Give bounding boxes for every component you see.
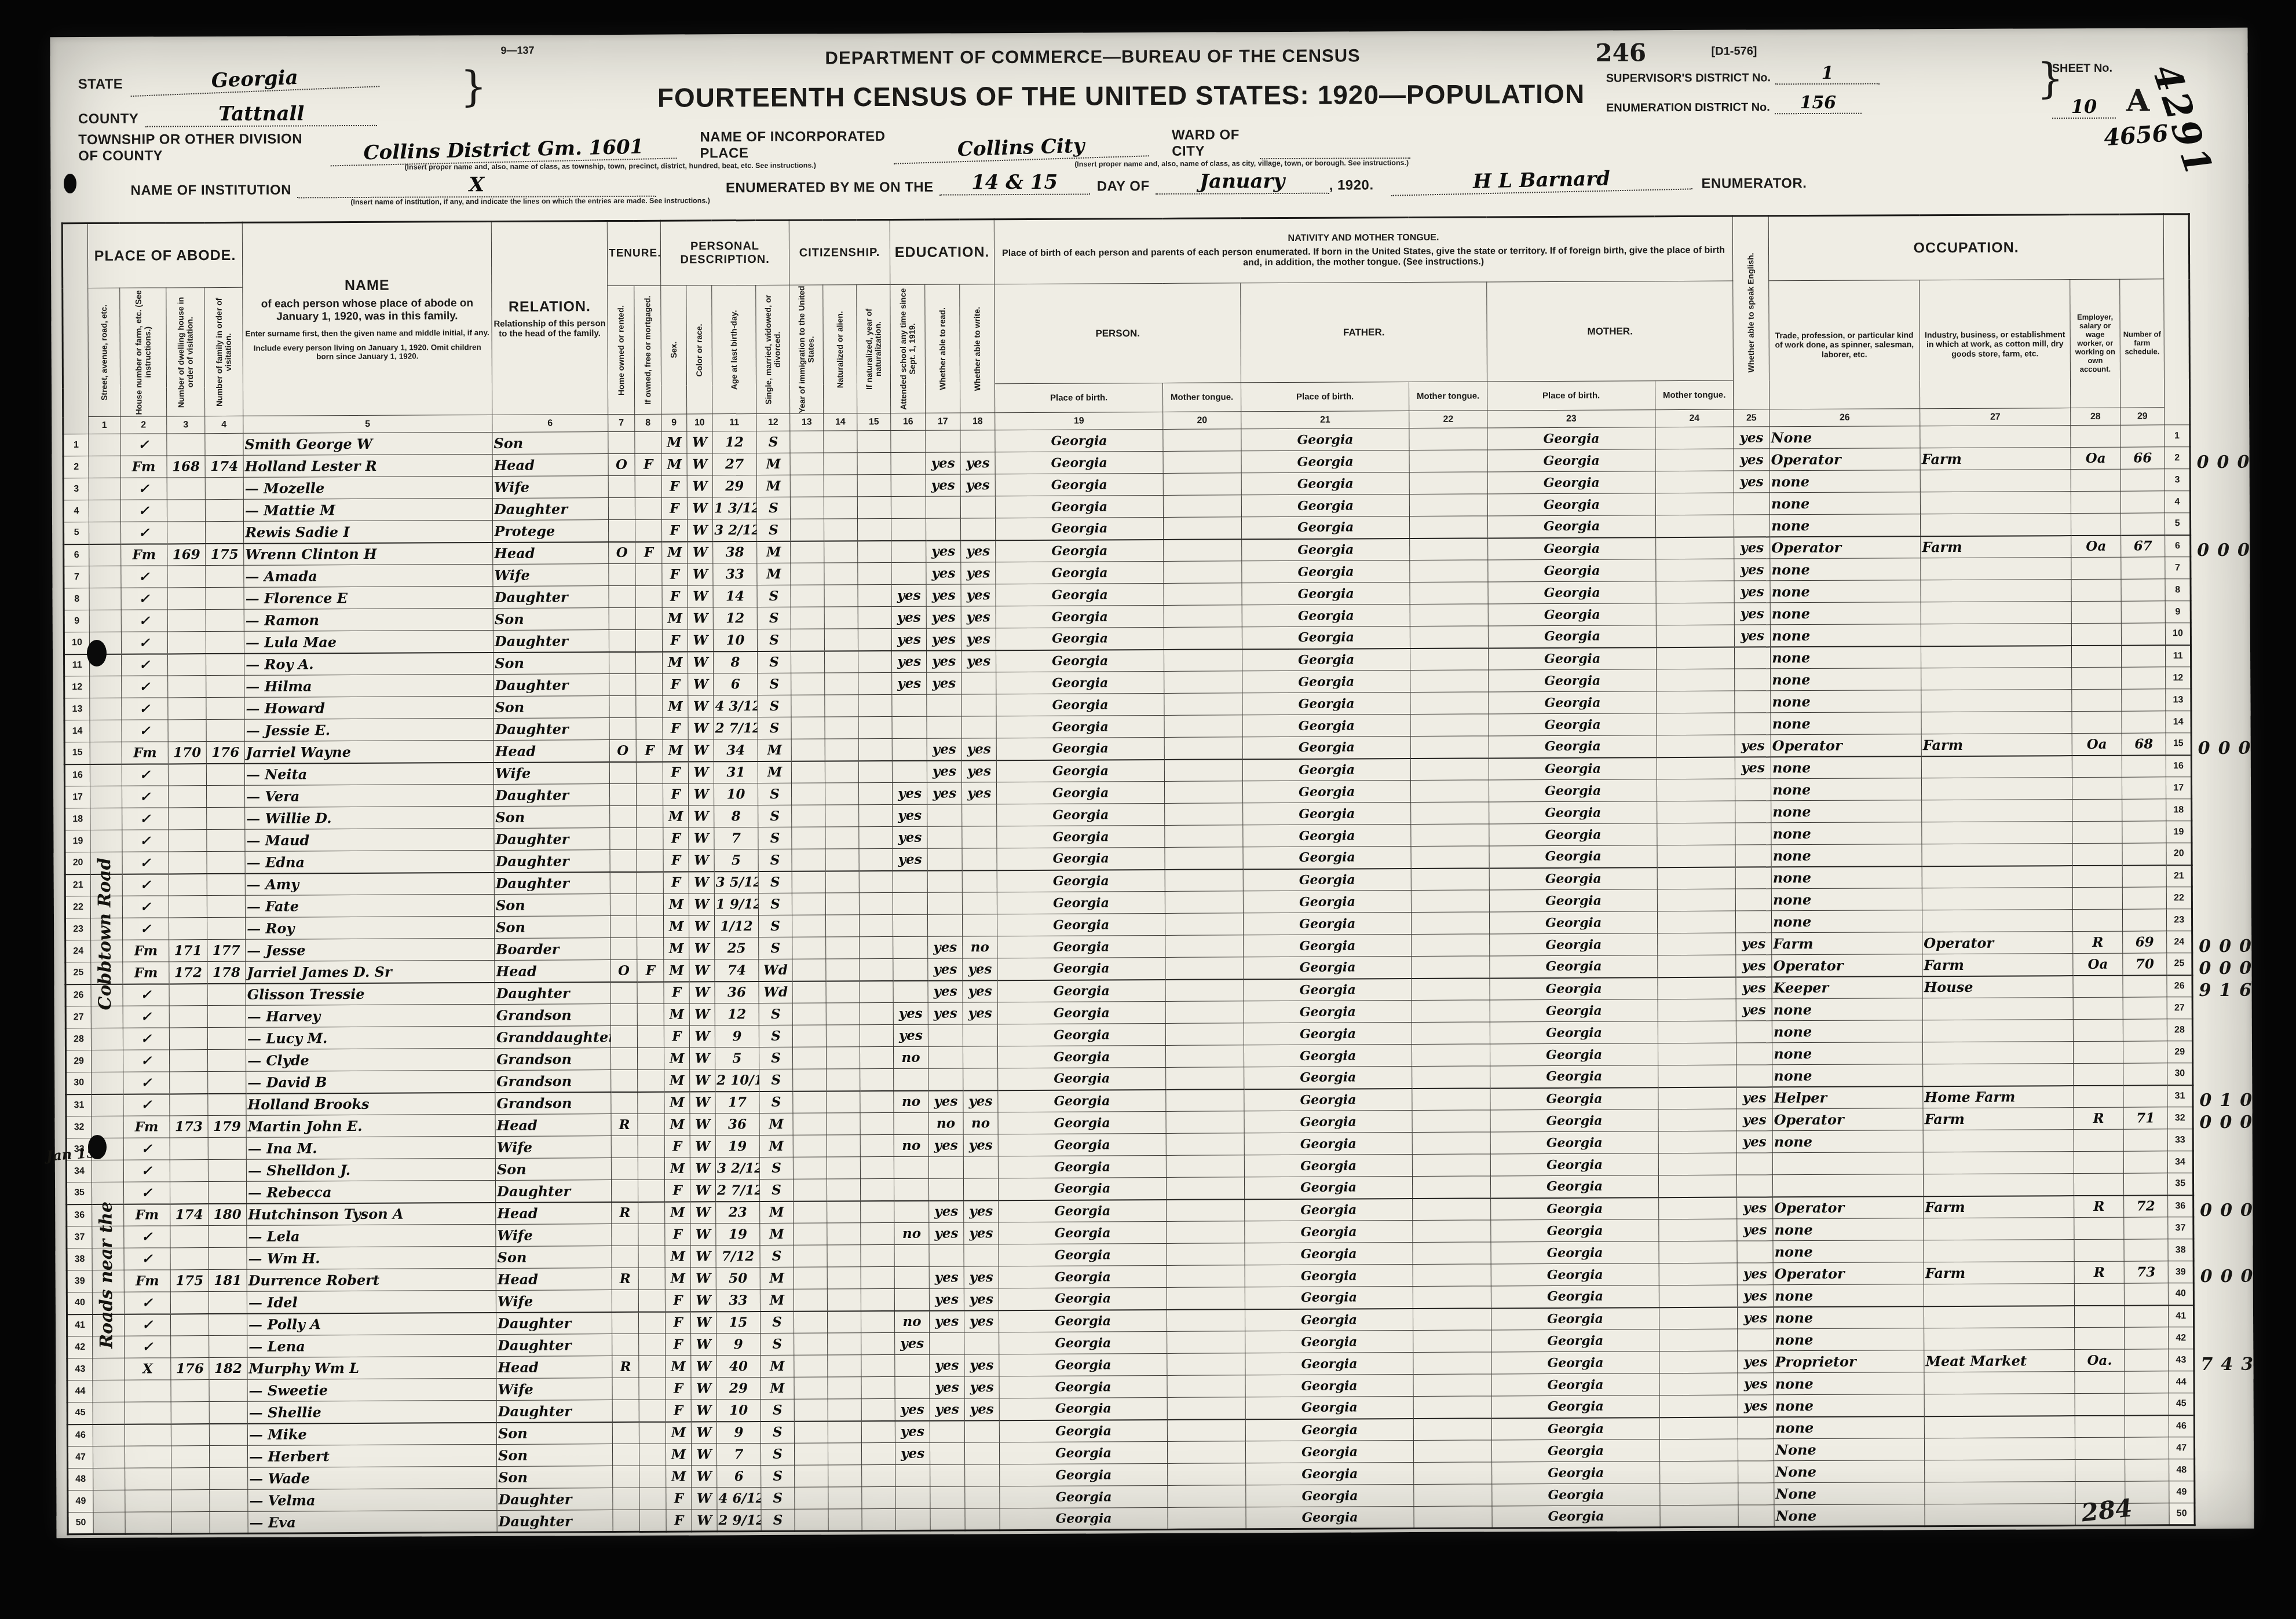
cell-em — [2071, 469, 2120, 491]
cell-rd: yes — [928, 1134, 963, 1156]
line-number-left: 9 — [64, 610, 89, 632]
cell-nm: — Mike — [247, 1422, 496, 1445]
cell-rel: Boarder — [495, 938, 610, 961]
cell-f — [206, 565, 244, 587]
cell-em — [2074, 1151, 2123, 1173]
cell-rel: Daughter — [496, 1312, 612, 1335]
cell-wr: yes — [962, 782, 997, 804]
cell-sx: F — [665, 1290, 690, 1312]
day-of-label: DAY OF — [1097, 178, 1150, 195]
cell-imm — [794, 1443, 828, 1465]
cell-c: W — [690, 1091, 715, 1113]
cell-ms: M — [761, 1377, 794, 1399]
census-sheet: 9—137 DEPARTMENT OF COMMERCE—BUREAU OF T… — [50, 28, 2254, 1539]
cell-sx: M — [663, 893, 689, 915]
cell-nat — [825, 827, 859, 849]
cell-imm — [794, 1223, 827, 1245]
cell-mt — [1167, 1375, 1245, 1398]
enumeration-month-value: January — [1156, 170, 1329, 195]
cell-rd — [926, 430, 960, 452]
line-number-right: 22 — [2166, 887, 2192, 909]
cell-nm: — Edna — [245, 850, 494, 873]
cell-street — [90, 808, 122, 830]
cell-c: W — [689, 1025, 715, 1047]
cell-imm — [792, 805, 825, 827]
cell-en: yes — [1737, 1219, 1773, 1241]
cell-c: W — [688, 607, 713, 629]
cell-nm: — Clyde — [246, 1048, 495, 1071]
cell-f — [206, 763, 244, 785]
cell-en: yes — [1734, 559, 1770, 581]
cell-f — [210, 1467, 248, 1489]
cell-oc: None — [1769, 426, 1920, 449]
line-number-left: 10 — [64, 632, 89, 654]
cell-pb: Georgia — [999, 1441, 1167, 1464]
cell-mg — [638, 1091, 664, 1113]
cell-rel: Daughter — [496, 1400, 612, 1423]
cell-pf: Georgia — [1245, 1177, 1413, 1199]
cell-mg — [635, 585, 662, 607]
cell-sx: M — [662, 541, 688, 563]
cell-imm — [792, 827, 825, 849]
state-label: State — [78, 76, 123, 93]
cell-mg — [635, 519, 662, 541]
cell-en: yes — [1734, 471, 1769, 493]
cell-sc: yes — [892, 650, 927, 672]
cell-nat — [827, 1267, 861, 1289]
cell-c: W — [687, 431, 712, 453]
cell-oc: none — [1771, 888, 1922, 911]
cell-pf: Georgia — [1242, 561, 1410, 583]
cell-mtf — [1410, 538, 1488, 561]
cell-wr: yes — [961, 650, 996, 672]
cell-h: Fm — [123, 962, 169, 984]
cell-natyr — [859, 804, 893, 826]
cell-mt — [1164, 693, 1242, 716]
page-stamp: 246 — [1595, 38, 1646, 67]
line-number-right: 50 — [2169, 1503, 2195, 1525]
cell-a: 9 — [716, 1333, 761, 1355]
cell-rd: yes — [926, 606, 961, 628]
cell-ms: S — [757, 607, 791, 629]
line-number-left: 27 — [65, 1006, 91, 1028]
cell-pm: Georgia — [1489, 845, 1657, 868]
cell-nat — [828, 1377, 861, 1399]
cell-nm: — Mozelle — [243, 476, 492, 499]
line-number-left: 42 — [67, 1336, 93, 1358]
cell-imm — [792, 981, 826, 1003]
cell-imm — [794, 1267, 827, 1289]
cell-d — [171, 1490, 210, 1512]
cell-sx: M — [664, 1069, 690, 1091]
line-number-left: 16 — [64, 764, 90, 786]
cell-street — [93, 1358, 125, 1380]
cell-nm: — Harvey — [246, 1004, 495, 1027]
cell-d — [169, 786, 207, 808]
cell-h: ✓ — [123, 918, 169, 940]
cell-fa — [2124, 1217, 2168, 1239]
cell-fa: 71 — [2123, 1107, 2167, 1129]
cell-c: W — [691, 1378, 716, 1400]
cell-sc: yes — [893, 804, 927, 826]
cell-sx: M — [664, 1047, 690, 1069]
cell-id — [1924, 1284, 2074, 1306]
line-number-left: 48 — [68, 1468, 93, 1490]
cell-imm — [792, 959, 826, 981]
cell-mtm — [1656, 559, 1734, 581]
cell-rel: Son — [497, 1466, 613, 1489]
line-number-right: 3 — [2165, 469, 2190, 491]
cell-mt — [1164, 759, 1242, 782]
column-number: 3 — [167, 416, 205, 434]
cell-nm: — Amada — [244, 564, 493, 587]
cell-f — [207, 851, 245, 873]
cell-pm: Georgia — [1491, 1219, 1659, 1242]
column-number: 28 — [2071, 408, 2120, 425]
cell-sx: M — [664, 1158, 690, 1180]
cell-wr — [960, 496, 995, 518]
line-number-left: 8 — [64, 588, 89, 610]
cell-mg — [635, 431, 661, 453]
cell-sc: no — [894, 1222, 929, 1244]
cell-mtm — [1659, 1263, 1737, 1285]
cell-pb: Georgia — [996, 627, 1164, 650]
cell-nm: — Sweetie — [247, 1378, 496, 1401]
cell-ms: S — [760, 1245, 794, 1267]
cell-pf: Georgia — [1245, 1375, 1413, 1397]
cell-nm: Smith George W — [243, 432, 492, 455]
cell-oc — [1773, 1174, 1924, 1197]
cell-sx: M — [666, 1422, 691, 1444]
cell-street — [90, 764, 122, 786]
cell-natyr — [858, 738, 892, 760]
cell-o — [611, 1047, 638, 1069]
cell-a: 6 — [714, 673, 758, 695]
cell-imm — [794, 1355, 828, 1377]
cell-ms: S — [761, 1333, 794, 1355]
cell-nm: — Shellie — [247, 1400, 496, 1423]
cell-mg — [639, 1378, 666, 1400]
cell-rel: Head — [496, 1356, 612, 1379]
citizenship-header: CITIZENSHIP. — [789, 219, 890, 285]
line-number-header-right — [2163, 214, 2190, 425]
cell-c: W — [690, 1312, 716, 1334]
cell-pm: Georgia — [1491, 1439, 1659, 1462]
census-title: FOURTEENTH CENSUS OF THE UNITED STATES: … — [657, 78, 1585, 113]
cell-pf: Georgia — [1242, 693, 1410, 715]
cell-o: R — [612, 1268, 638, 1290]
cell-sx: M — [665, 1202, 690, 1224]
cell-em — [2071, 425, 2120, 447]
cell-d — [170, 1292, 209, 1314]
cell-f — [207, 895, 245, 917]
cell-imm — [795, 1487, 828, 1509]
cell-sc — [891, 518, 926, 540]
cell-rd: yes — [926, 452, 960, 474]
cell-sx: F — [666, 1400, 691, 1422]
cell-id — [1925, 1438, 2075, 1460]
cell-en: yes — [1738, 1373, 1774, 1395]
cell-f — [209, 1291, 247, 1313]
cell-wr: yes — [964, 1398, 999, 1420]
cell-mtf — [1413, 1198, 1491, 1221]
cell-wr — [963, 1046, 998, 1068]
cell-f — [207, 983, 246, 1005]
cell-h: ✓ — [122, 874, 169, 896]
cell-nat — [825, 805, 859, 827]
cell-pm: Georgia — [1487, 427, 1655, 450]
cell-mtf — [1413, 1418, 1491, 1441]
cell-o: R — [612, 1202, 638, 1224]
cell-rel: Son — [493, 608, 609, 631]
cell-h — [125, 1512, 171, 1534]
cell-d — [169, 852, 207, 874]
cell-pb: Georgia — [999, 1331, 1167, 1354]
cell-street — [89, 566, 121, 588]
cell-nat — [825, 893, 859, 915]
state-value: Georgia — [130, 63, 379, 97]
cell-natyr — [858, 760, 892, 782]
line-number-right: 17 — [2166, 777, 2192, 799]
cell-natyr — [858, 562, 891, 584]
cell-id — [1921, 756, 2072, 778]
cell-mg — [637, 981, 664, 1003]
plate-number: [D1-576] — [1711, 45, 1757, 58]
cell-mtf — [1412, 978, 1490, 1001]
cell-f: 176 — [206, 741, 244, 763]
cell-street — [91, 1028, 123, 1050]
cell-natyr — [857, 496, 891, 518]
cell-mtm — [1658, 933, 1736, 955]
cell-pb: Georgia — [996, 605, 1164, 628]
cell-h: ✓ — [123, 1006, 169, 1028]
cell-street — [93, 1512, 125, 1534]
cell-pf: Georgia — [1245, 1265, 1413, 1287]
cell-c: W — [690, 1290, 716, 1312]
cell-oc: none — [1771, 822, 1922, 845]
census-scan-page: { "header": { "form_no": "9—137", "dept"… — [0, 0, 2296, 1619]
cell-mg — [639, 1510, 666, 1532]
cell-en — [1738, 1329, 1774, 1351]
line-number-right: 27 — [2167, 997, 2192, 1019]
cell-d — [171, 1380, 209, 1402]
cell-sx: F — [663, 871, 689, 893]
cell-pf: Georgia — [1244, 935, 1412, 957]
cell-a: 3 5/12 — [714, 871, 758, 893]
cell-o — [608, 475, 635, 497]
cell-en: yes — [1738, 1307, 1774, 1329]
cell-mg — [639, 1356, 666, 1378]
cell-d — [169, 984, 207, 1006]
cell-f: 174 — [205, 455, 243, 477]
cell-d — [169, 1050, 207, 1072]
cell-en — [1737, 1175, 1773, 1197]
cell-id — [1922, 778, 2072, 800]
cell-mtf — [1410, 692, 1489, 715]
cell-c: W — [689, 937, 715, 959]
cell-a: 4 3/12 — [714, 695, 758, 717]
cell-o: O — [609, 739, 636, 761]
cell-h: ✓ — [123, 1028, 169, 1050]
cell-nat — [827, 1289, 861, 1311]
cell-fa — [2123, 1019, 2167, 1041]
cell-h: ✓ — [122, 720, 168, 742]
cell-pm: Georgia — [1491, 1417, 1659, 1440]
cell-pb: Georgia — [996, 583, 1164, 606]
cell-nat — [827, 1069, 860, 1091]
cell-pf: Georgia — [1244, 1133, 1412, 1155]
cell-nat — [826, 959, 860, 981]
cell-mt — [1165, 781, 1243, 804]
cell-id: Farm — [1922, 954, 2073, 976]
cell-c: W — [690, 1202, 716, 1224]
cell-o — [612, 1246, 638, 1268]
cell-fa — [2120, 491, 2165, 513]
cell-pm: Georgia — [1491, 1197, 1659, 1220]
cell-a: 2 7/12 — [714, 717, 758, 739]
cell-mg — [638, 1290, 665, 1312]
cell-id — [1924, 1328, 2075, 1350]
cell-ms: M — [758, 761, 791, 783]
cell-h: ✓ — [121, 566, 167, 588]
cell-ms: M — [761, 1355, 794, 1377]
cell-em — [2075, 1415, 2125, 1437]
cell-fa — [2125, 1327, 2169, 1349]
cell-fa — [2125, 1415, 2169, 1437]
cell-mtf — [1413, 1220, 1491, 1243]
cell-ms: S — [757, 629, 791, 651]
cell-sx: M — [662, 607, 688, 629]
cell-mt — [1163, 495, 1241, 518]
cell-natyr — [860, 1156, 894, 1178]
line-number-left: 24 — [65, 940, 91, 962]
cell-oc: none — [1771, 800, 1922, 823]
cell-pf: Georgia — [1243, 847, 1411, 869]
cell-pb: Georgia — [995, 473, 1163, 496]
cell-id — [1920, 492, 2071, 514]
cell-id: Farm — [1921, 536, 2071, 558]
cell-mtf — [1410, 736, 1489, 759]
cell-f: 181 — [209, 1269, 247, 1291]
cell-a: 36 — [715, 1113, 759, 1135]
cell-pb: Georgia — [996, 715, 1164, 738]
cell-mg — [638, 1180, 664, 1202]
cell-rel: Wife — [496, 1290, 612, 1313]
cell-sx: M — [666, 1444, 691, 1466]
cell-f — [208, 1137, 246, 1159]
cell-a: 2 10/12 — [715, 1069, 759, 1091]
cell-mtf — [1412, 1066, 1490, 1089]
cell-o — [612, 1224, 638, 1246]
cell-natyr — [862, 1464, 895, 1486]
cell-h — [125, 1402, 171, 1424]
line-number-right: 14 — [2166, 711, 2191, 733]
cell-pf: Georgia — [1245, 1243, 1413, 1265]
cell-mtm — [1657, 779, 1735, 801]
cell-ms: S — [758, 805, 792, 827]
line-number-right: 18 — [2166, 799, 2192, 821]
cell-mg — [636, 695, 663, 717]
cell-id — [1922, 998, 2073, 1020]
cell-em — [2072, 689, 2122, 711]
cell-oc: none — [1771, 756, 1921, 779]
cell-a: 2 9/12 — [717, 1509, 761, 1531]
cell-wr — [962, 870, 997, 892]
cell-sc — [891, 496, 926, 518]
cell-nat — [828, 1355, 861, 1377]
cell-mg — [635, 563, 662, 585]
cell-c: W — [689, 827, 714, 849]
cell-ms: S — [759, 1091, 793, 1113]
cell-nat — [824, 629, 858, 651]
cell-rd: yes — [926, 540, 961, 562]
cell-rd: no — [928, 1112, 963, 1134]
cell-a: 8 — [714, 651, 758, 673]
cell-c: W — [688, 585, 713, 607]
cell-d — [169, 830, 207, 852]
cell-en — [1736, 1021, 1772, 1043]
line-number-right: 46 — [2169, 1415, 2194, 1437]
cell-nm: — Fate — [245, 894, 494, 917]
cell-pm: Georgia — [1491, 1241, 1659, 1264]
cell-imm — [795, 1465, 828, 1487]
cell-pb: Georgia — [995, 451, 1163, 474]
cell-pm: Georgia — [1490, 1021, 1658, 1044]
cell-a: 40 — [716, 1355, 761, 1377]
cell-rd — [927, 716, 961, 738]
cell-imm — [790, 475, 824, 497]
cell-sx: M — [663, 695, 688, 717]
cell-pm: Georgia — [1491, 1373, 1659, 1396]
cell-pb: Georgia — [997, 825, 1165, 848]
cell-o — [608, 497, 635, 519]
cell-sc — [895, 1376, 930, 1398]
cell-wr — [965, 1486, 1000, 1508]
cell-f — [206, 521, 244, 543]
cell-sc: yes — [891, 584, 926, 606]
cell-mtf — [1414, 1484, 1492, 1507]
cell-nm: — Rebecca — [247, 1180, 496, 1203]
cell-nat — [826, 1025, 860, 1047]
cell-rel: Grandson — [495, 1092, 611, 1115]
cell-mtf — [1413, 1308, 1491, 1331]
cell-rd: yes — [926, 628, 961, 650]
cell-mtf — [1413, 1286, 1491, 1309]
cell-mtm — [1659, 1373, 1738, 1395]
line-number-left: 18 — [65, 808, 90, 830]
cell-mt — [1167, 1331, 1245, 1354]
cell-o — [608, 431, 635, 453]
column-number: 17 — [926, 413, 960, 430]
cell-fa: 66 — [2120, 447, 2165, 469]
cell-rd: yes — [930, 1310, 964, 1332]
margin-stamp: 010 — [2199, 1090, 2260, 1111]
cell-c: W — [687, 497, 712, 519]
cell-sc — [891, 452, 926, 474]
cell-c: W — [691, 1422, 716, 1444]
cell-c: W — [692, 1466, 717, 1488]
cell-pb: Georgia — [997, 781, 1165, 804]
cell-sc — [894, 1068, 928, 1090]
cell-pb: Georgia — [998, 1045, 1166, 1068]
cell-imm — [791, 695, 825, 717]
cell-pb: Georgia — [999, 1309, 1167, 1332]
cell-sc — [892, 738, 927, 760]
cell-pf: Georgia — [1245, 1199, 1413, 1221]
cell-fa — [2125, 1349, 2169, 1371]
cell-em — [2072, 711, 2122, 733]
cell-mg — [638, 1312, 665, 1334]
